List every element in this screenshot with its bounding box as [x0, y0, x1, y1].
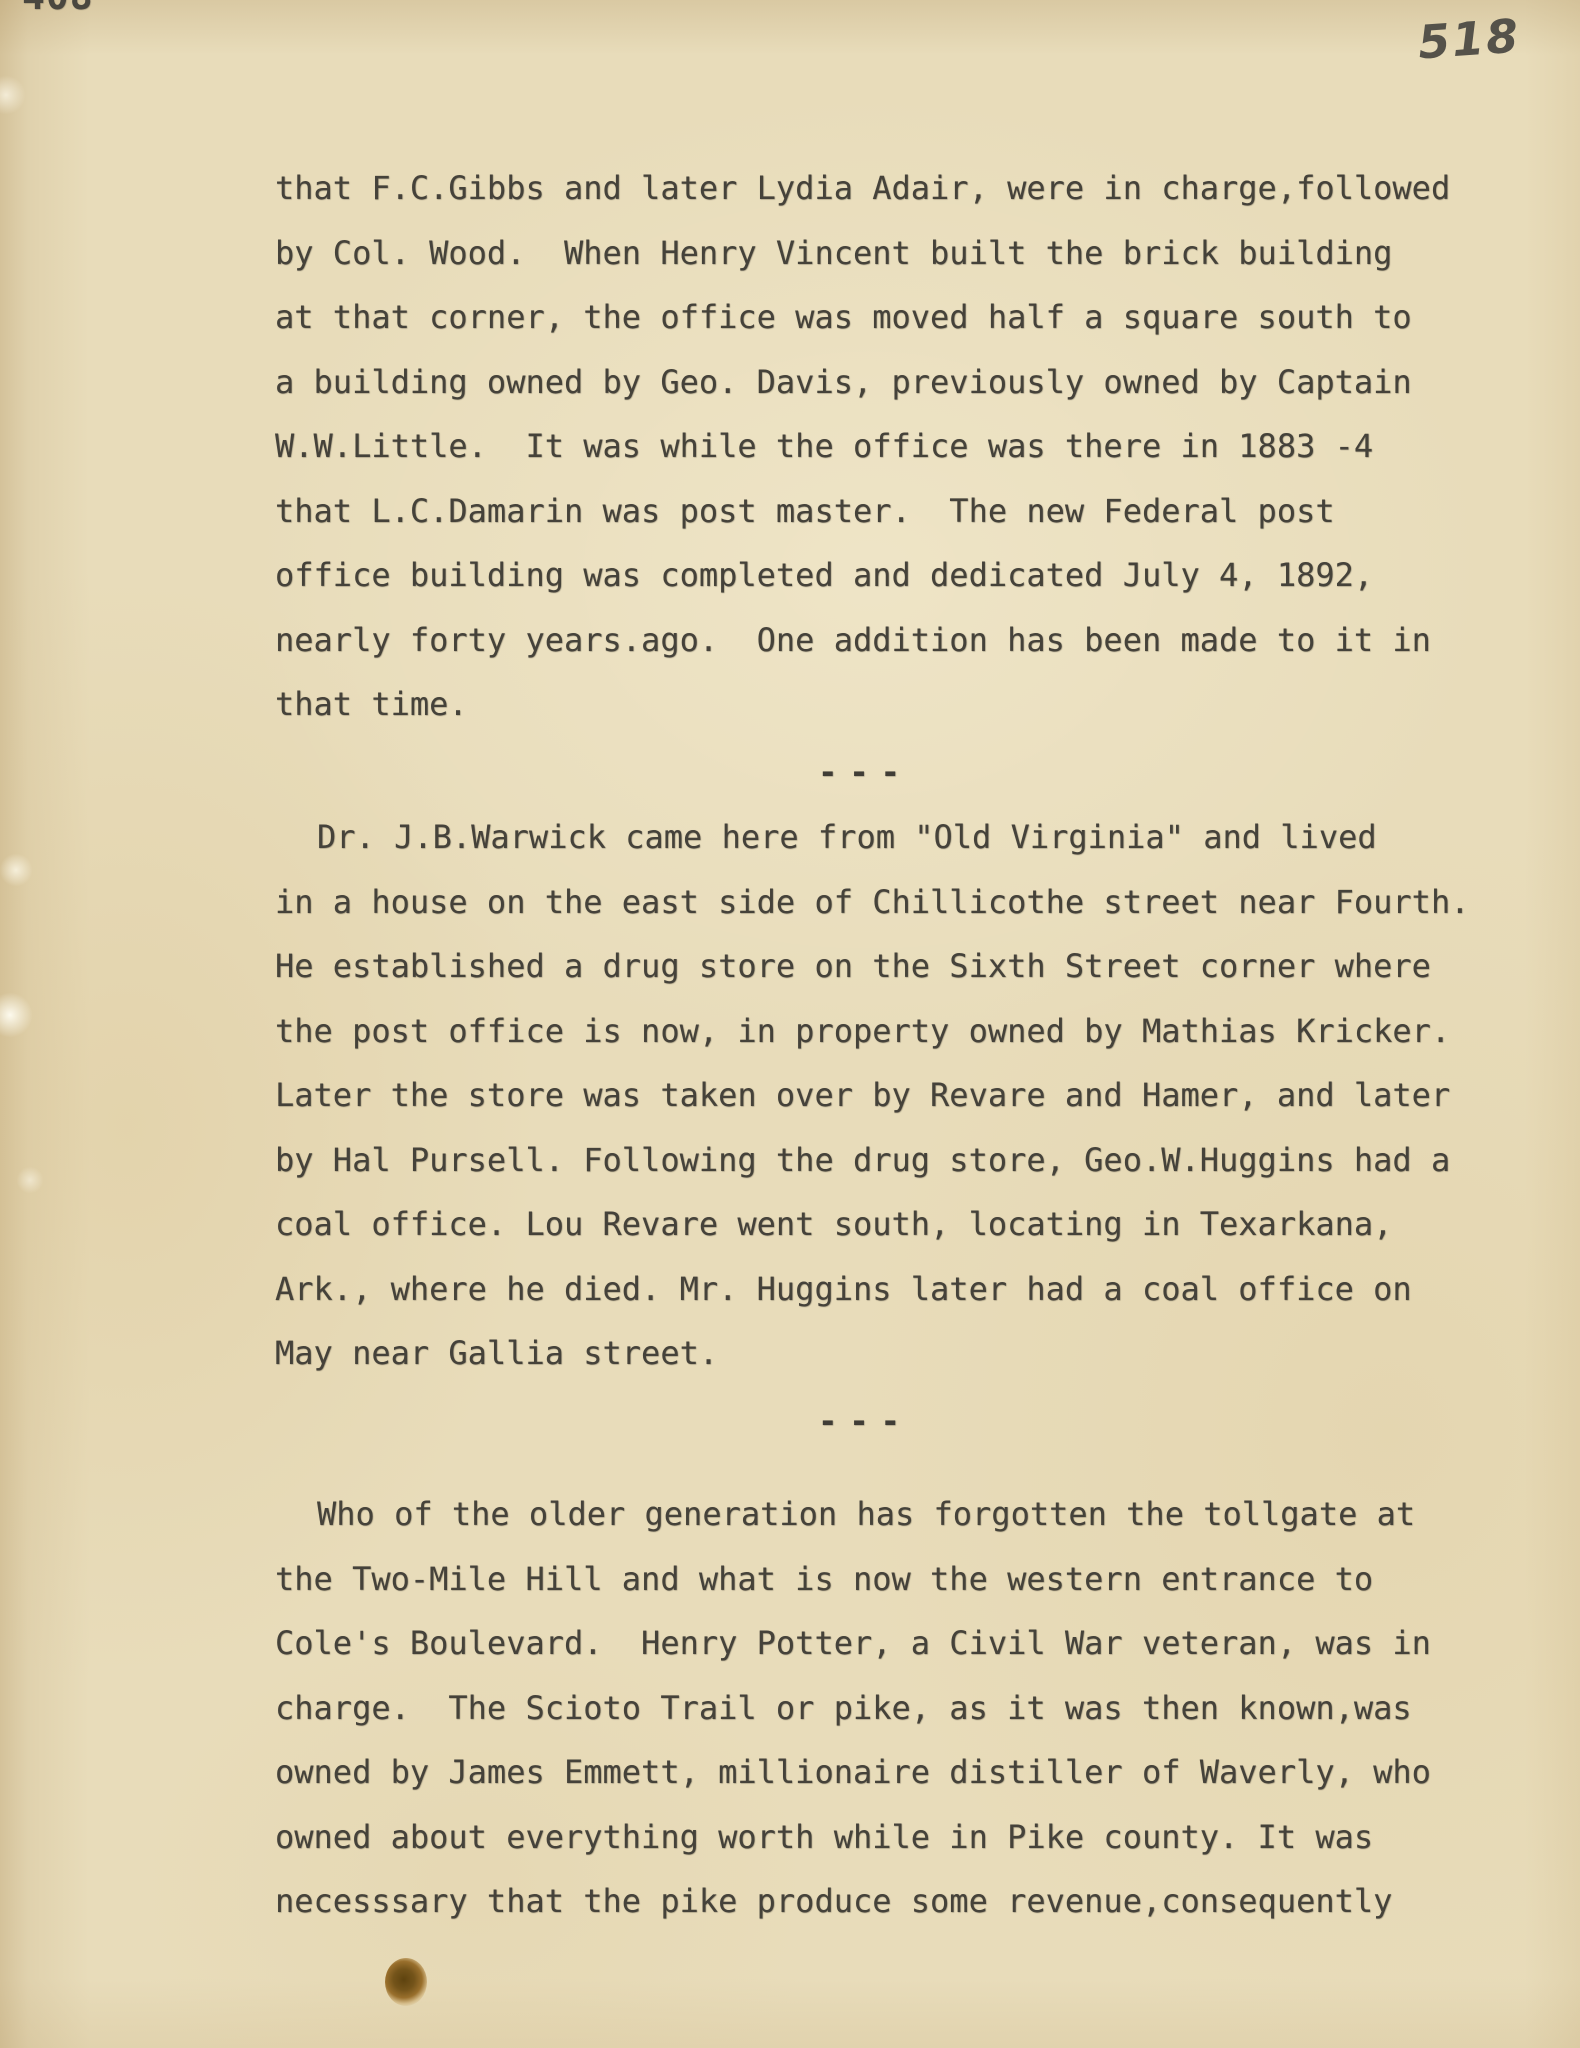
- typewritten-line: a building owned by Geo. Davis, previous…: [275, 350, 1450, 415]
- handwritten-page-number: 518: [1416, 9, 1522, 70]
- typewritten-line: May near Gallia street.: [275, 1321, 1469, 1386]
- section-separator: ---: [275, 1389, 1455, 1454]
- typewritten-line: He established a drug store on the Sixth…: [275, 934, 1469, 999]
- paragraph-2: Dr. J.B.Warwick came here from "Old Virg…: [275, 805, 1469, 1386]
- typewritten-line: Dr. J.B.Warwick came here from "Old Virg…: [275, 805, 1469, 870]
- paragraph-1: that F.C.Gibbs and later Lydia Adair, we…: [275, 156, 1450, 737]
- typewritten-line: W.W.Little. It was while the office was …: [275, 414, 1450, 479]
- ink-stain-spot: [385, 1958, 427, 2006]
- typewritten-line: that L.C.Damarin was post master. The ne…: [275, 479, 1450, 544]
- typewritten-line: that time.: [275, 672, 1450, 737]
- typewritten-line: nearly forty years.ago. One addition has…: [275, 608, 1450, 673]
- typewritten-line: by Col. Wood. When Henry Vincent built t…: [275, 221, 1450, 286]
- typewritten-line: in a house on the east side of Chillicot…: [275, 870, 1469, 935]
- typewritten-line: charge. The Scioto Trail or pike, as it …: [275, 1676, 1431, 1741]
- typewritten-line: Ark., where he died. Mr. Huggins later h…: [275, 1257, 1469, 1322]
- typewritten-line: the Two-Mile Hill and what is now the we…: [275, 1547, 1431, 1612]
- typewritten-line: owned by James Emmett, millionaire disti…: [275, 1740, 1431, 1805]
- typewritten-line: Who of the older generation has forgotte…: [275, 1482, 1431, 1547]
- typewritten-line: owned about everything worth while in Pi…: [275, 1805, 1431, 1870]
- typewritten-line: coal office. Lou Revare went south, loca…: [275, 1192, 1469, 1257]
- paragraph-3: Who of the older generation has forgotte…: [275, 1482, 1431, 1934]
- typewritten-line: the post office is now, in property owne…: [275, 999, 1469, 1064]
- corner-page-number: 408: [22, 0, 94, 18]
- typewritten-line: by Hal Pursell. Following the drug store…: [275, 1128, 1469, 1193]
- section-separator: ---: [275, 740, 1455, 805]
- typewritten-line: that F.C.Gibbs and later Lydia Adair, we…: [275, 156, 1450, 221]
- typewritten-line: necesssary that the pike produce some re…: [275, 1869, 1431, 1934]
- typewritten-line: Later the store was taken over by Revare…: [275, 1063, 1469, 1128]
- typewritten-line: office building was completed and dedica…: [275, 543, 1450, 608]
- typewritten-line: at that corner, the office was moved hal…: [275, 285, 1450, 350]
- scanned-document-page: 408 518 that F.C.Gibbs and later Lydia A…: [0, 0, 1580, 2048]
- typewritten-line: Cole's Boulevard. Henry Potter, a Civil …: [275, 1611, 1431, 1676]
